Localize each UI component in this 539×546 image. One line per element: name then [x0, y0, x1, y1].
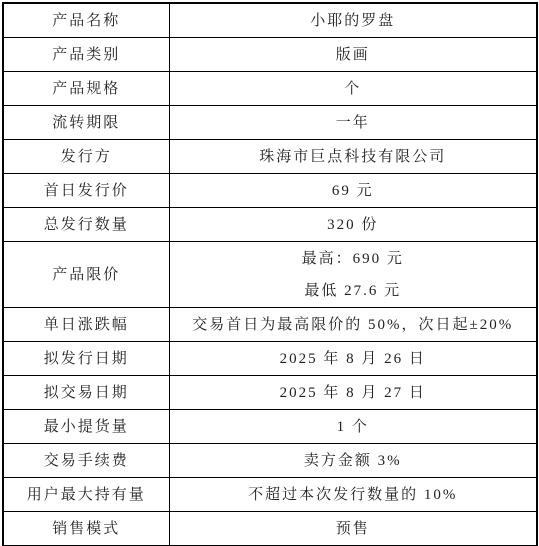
table-row: 首日发行价69 元	[3, 174, 537, 208]
row-label-cell: 拟发行日期	[3, 342, 169, 376]
product-table-body: 产品名称小耶的罗盘产品类别版画产品规格个流转期限一年发行方珠海市巨点科技有限公司…	[3, 3, 537, 546]
row-value-cell: 个	[169, 72, 537, 106]
table-row: 产品名称小耶的罗盘	[3, 3, 537, 38]
table-row: 产品类别版画	[3, 38, 537, 72]
row-value-cell: 预售	[169, 512, 537, 546]
row-label-cell: 最小提货量	[3, 410, 169, 444]
table-row: 用户最大持有量不超过本次发行数量的 10%	[3, 478, 537, 512]
row-label-cell: 发行方	[3, 140, 169, 174]
page: 产品名称小耶的罗盘产品类别版画产品规格个流转期限一年发行方珠海市巨点科技有限公司…	[0, 0, 539, 546]
row-label-cell: 产品规格	[3, 72, 169, 106]
row-value-cell: 2025 年 8 月 27 日	[169, 376, 537, 410]
row-value-cell: 2025 年 8 月 26 日	[169, 342, 537, 376]
table-row: 拟交易日期2025 年 8 月 27 日	[3, 376, 537, 410]
row-value-cell: 一年	[169, 106, 537, 140]
row-label-cell: 总发行数量	[3, 208, 169, 242]
row-label-cell: 拟交易日期	[3, 376, 169, 410]
value-line: 最高：690 元	[172, 243, 535, 275]
product-info-table: 产品名称小耶的罗盘产品类别版画产品规格个流转期限一年发行方珠海市巨点科技有限公司…	[2, 2, 538, 546]
table-row: 总发行数量320 份	[3, 208, 537, 242]
table-row: 交易手续费卖方金额 3%	[3, 444, 537, 478]
row-label-cell: 产品限价	[3, 242, 169, 308]
row-label-cell: 流转期限	[3, 106, 169, 140]
row-label-cell: 产品类别	[3, 38, 169, 72]
row-label-cell: 交易手续费	[3, 444, 169, 478]
table-row: 产品规格个	[3, 72, 537, 106]
row-value-cell: 不超过本次发行数量的 10%	[169, 478, 537, 512]
row-label-cell: 单日涨跌幅	[3, 308, 169, 342]
row-value-cell: 小耶的罗盘	[169, 3, 537, 38]
table-row: 单日涨跌幅交易首日为最高限价的 50%，次日起±20%	[3, 308, 537, 342]
row-value-cell: 69 元	[169, 174, 537, 208]
row-value-cell: 珠海市巨点科技有限公司	[169, 140, 537, 174]
table-row: 发行方珠海市巨点科技有限公司	[3, 140, 537, 174]
row-label-cell: 产品名称	[3, 3, 169, 38]
table-row: 流转期限一年	[3, 106, 537, 140]
table-row: 最小提货量1 个	[3, 410, 537, 444]
table-row: 拟发行日期2025 年 8 月 26 日	[3, 342, 537, 376]
row-value-cell: 1 个	[169, 410, 537, 444]
table-row: 产品限价最高：690 元最低 27.6 元	[3, 242, 537, 308]
row-label-cell: 销售模式	[3, 512, 169, 546]
row-value-cell: 最高：690 元最低 27.6 元	[169, 242, 537, 308]
row-value-cell: 卖方金额 3%	[169, 444, 537, 478]
row-value-cell: 版画	[169, 38, 537, 72]
table-row: 销售模式预售	[3, 512, 537, 546]
row-label-cell: 首日发行价	[3, 174, 169, 208]
row-value-cell: 320 份	[169, 208, 537, 242]
value-line: 最低 27.6 元	[172, 275, 535, 307]
row-value-cell: 交易首日为最高限价的 50%，次日起±20%	[169, 308, 537, 342]
row-label-cell: 用户最大持有量	[3, 478, 169, 512]
